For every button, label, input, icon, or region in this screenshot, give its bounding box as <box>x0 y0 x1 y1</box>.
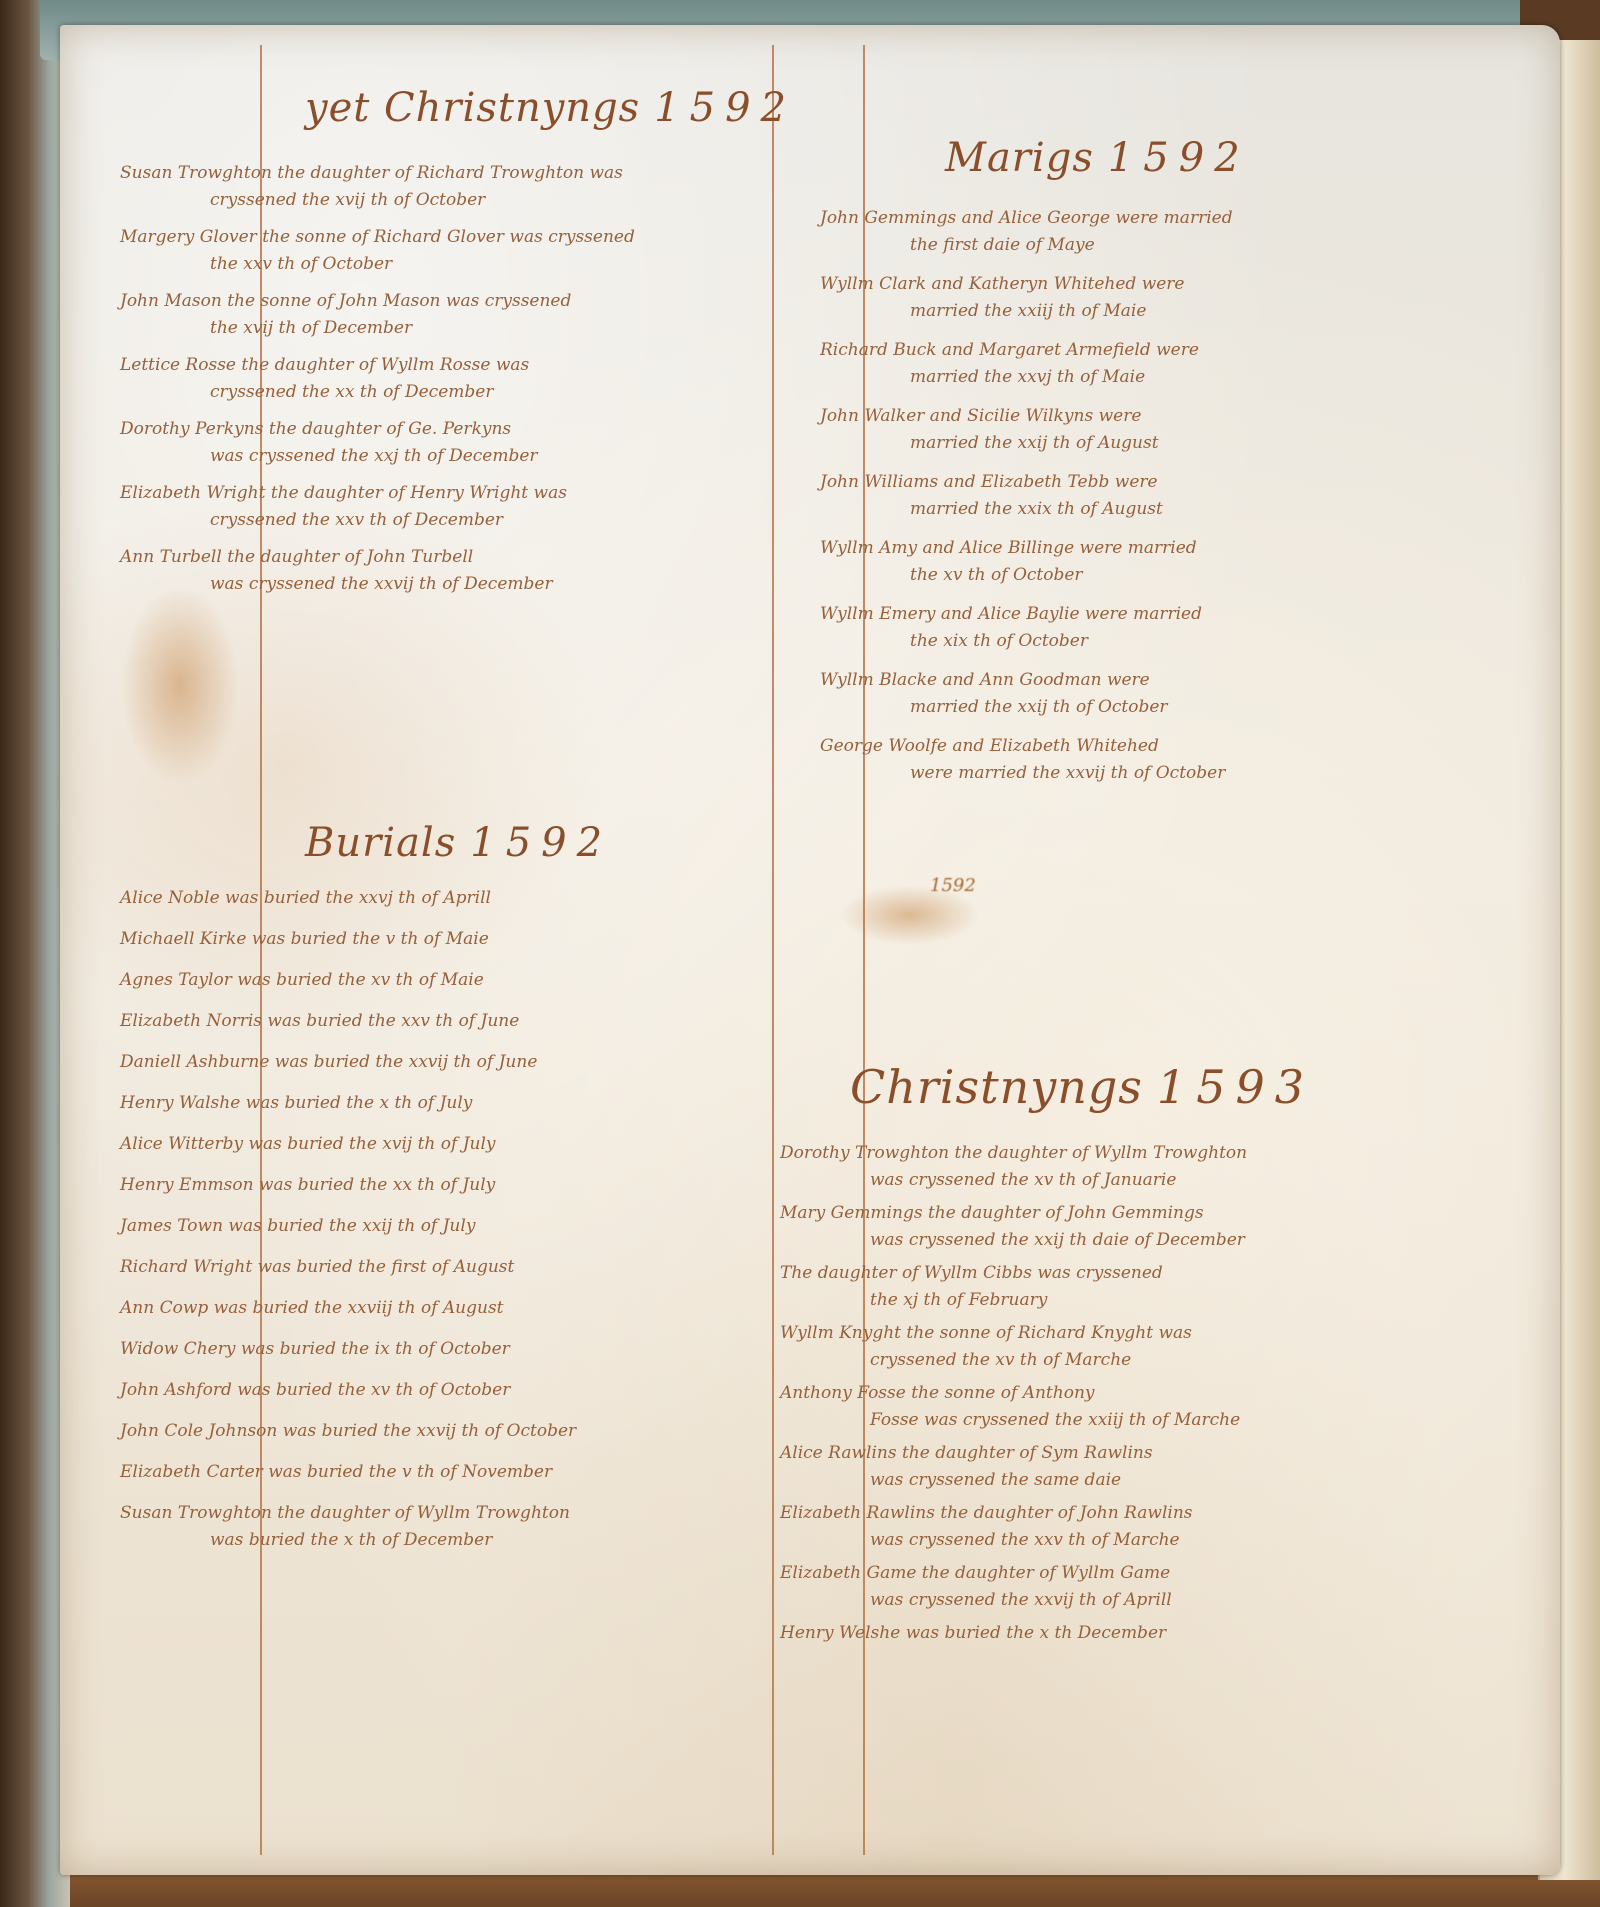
register-entry: Alice Noble was buried the xxvj th of Ap… <box>120 885 770 912</box>
entry-line-1: John Cole Johnson was buried the xxvij t… <box>120 1418 770 1445</box>
entry-line-1: Elizabeth Norris was buried the xxv th o… <box>120 1008 770 1035</box>
entry-line-1: Wyllm Clark and Katheryn Whitehed were <box>820 271 1520 298</box>
entry-line-1: Henry Walshe was buried the x th of July <box>120 1090 770 1117</box>
register-entry: Agnes Taylor was buried the xv th of Mai… <box>120 967 770 994</box>
register-entry: Dorothy Trowghton the daughter of Wyllm … <box>780 1140 1520 1194</box>
entry-line-1: Richard Buck and Margaret Armefield were <box>820 337 1520 364</box>
register-entry: Elizabeth Norris was buried the xxv th o… <box>120 1008 770 1035</box>
entry-line-1: Wyllm Blacke and Ann Goodman were <box>820 667 1520 694</box>
register-entry: George Woolfe and Elizabeth Whitehedwere… <box>820 733 1520 787</box>
entry-line-2: the xxv th of October <box>120 251 770 278</box>
entry-line-1: Elizabeth Carter was buried the v th of … <box>120 1459 770 1486</box>
entry-line-1: Daniell Ashburne was buried the xxvij th… <box>120 1049 770 1076</box>
register-entry: Michaell Kirke was buried the v th of Ma… <box>120 926 770 953</box>
register-entry: John Ashford was buried the xv th of Oct… <box>120 1377 770 1404</box>
register-entry: Wyllm Clark and Katheryn Whitehed werema… <box>820 271 1520 325</box>
column-rule-center-left <box>772 45 774 1855</box>
register-entry: Mary Gemmings the daughter of John Gemmi… <box>780 1200 1520 1254</box>
entry-line-2: was cryssened the xxvij th of December <box>120 571 770 598</box>
entry-line-2: the xv th of October <box>820 562 1520 589</box>
entry-line-2: Fosse was cryssened the xxiij th of Marc… <box>780 1407 1520 1434</box>
marriages-1592-list: John Gemmings and Alice George were marr… <box>820 205 1520 799</box>
entry-line-1: Dorothy Trowghton the daughter of Wyllm … <box>780 1140 1520 1167</box>
entry-line-2: was cryssened the xxv th of Marche <box>780 1527 1520 1554</box>
entry-line-1: John Williams and Elizabeth Tebb were <box>820 469 1520 496</box>
margin-note: 1592 <box>930 875 1040 915</box>
heading-text: Burials <box>305 820 456 866</box>
entry-line-1: Wyllm Emery and Alice Baylie were marrie… <box>820 601 1520 628</box>
register-entry: Susan Trowghton the daughter of Wyllm Tr… <box>120 1500 770 1554</box>
register-entry: John Walker and Sicilie Wilkyns weremarr… <box>820 403 1520 457</box>
heading-text: yet Christnyngs <box>305 85 640 131</box>
entry-line-2: the first daie of Maye <box>820 232 1520 259</box>
entry-line-2: was buried the x th of December <box>120 1527 770 1554</box>
register-entry: Elizabeth Game the daughter of Wyllm Gam… <box>780 1560 1520 1614</box>
register-entry: Ann Turbell the daughter of John Turbell… <box>120 544 770 598</box>
burials-1592-list: Alice Noble was buried the xxvj th of Ap… <box>120 885 770 1568</box>
heading-text: Christnyngs <box>850 1060 1143 1114</box>
entry-line-2: married the xxix th of August <box>820 496 1520 523</box>
entry-line-1: John Ashford was buried the xv th of Oct… <box>120 1377 770 1404</box>
entry-line-1: Mary Gemmings the daughter of John Gemmi… <box>780 1200 1520 1227</box>
heading-year: 1593 <box>1157 1060 1314 1114</box>
register-entry: Wyllm Knyght the sonne of Richard Knyght… <box>780 1320 1520 1374</box>
register-entry: James Town was buried the xxij th of Jul… <box>120 1213 770 1240</box>
entry-line-1: Wyllm Knyght the sonne of Richard Knyght… <box>780 1320 1520 1347</box>
register-entry: Daniell Ashburne was buried the xxvij th… <box>120 1049 770 1076</box>
register-entry: Richard Wright was buried the first of A… <box>120 1254 770 1281</box>
christenings-1593-list: Dorothy Trowghton the daughter of Wyllm … <box>780 1140 1520 1653</box>
entry-line-2: were married the xxvij th of October <box>820 760 1520 787</box>
heading-year: 1592 <box>1108 135 1250 181</box>
entry-line-1: Susan Trowghton the daughter of Wyllm Tr… <box>120 1500 770 1527</box>
register-entry: Lettice Rosse the daughter of Wyllm Ross… <box>120 352 770 406</box>
heading-marriages-1592: Marigs1592 <box>945 135 1250 181</box>
entry-line-1: The daughter of Wyllm Cibbs was cryssene… <box>780 1260 1520 1287</box>
entry-line-1: Alice Rawlins the daughter of Sym Rawlin… <box>780 1440 1520 1467</box>
entry-line-1: Anthony Fosse the sonne of Anthony <box>780 1380 1520 1407</box>
register-entry: The daughter of Wyllm Cibbs was cryssene… <box>780 1260 1520 1314</box>
entry-line-1: John Gemmings and Alice George were marr… <box>820 205 1520 232</box>
entry-line-1: Lettice Rosse the daughter of Wyllm Ross… <box>120 352 770 379</box>
entry-line-1: Richard Wright was buried the first of A… <box>120 1254 770 1281</box>
register-entry: Margery Glover the sonne of Richard Glov… <box>120 224 770 278</box>
entry-line-1: Henry Welshe was buried the x th Decembe… <box>780 1620 1520 1647</box>
entry-line-2: the xix th of October <box>820 628 1520 655</box>
register-entry: Ann Cowp was buried the xxviij th of Aug… <box>120 1295 770 1322</box>
heading-year: 1592 <box>470 820 612 866</box>
entry-line-1: Elizabeth Game the daughter of Wyllm Gam… <box>780 1560 1520 1587</box>
register-entry: Alice Witterby was buried the xvij th of… <box>120 1131 770 1158</box>
entry-line-2: married the xxiij th of Maie <box>820 298 1520 325</box>
entry-line-1: Henry Emmson was buried the xx th of Jul… <box>120 1172 770 1199</box>
entry-line-1: Margery Glover the sonne of Richard Glov… <box>120 224 770 251</box>
heading-burials-1592: Burials1592 <box>305 820 612 866</box>
entry-line-2: cryssened the xxv th of December <box>120 507 770 534</box>
entry-line-1: Alice Noble was buried the xxvj th of Ap… <box>120 885 770 912</box>
water-stain <box>120 585 240 785</box>
entry-line-1: Elizabeth Wright the daughter of Henry W… <box>120 480 770 507</box>
register-entry: Elizabeth Wright the daughter of Henry W… <box>120 480 770 534</box>
register-entry: Wyllm Amy and Alice Billinge were marrie… <box>820 535 1520 589</box>
entry-line-1: Dorothy Perkyns the daughter of Ge. Perk… <box>120 416 770 443</box>
entry-line-1: Widow Chery was buried the ix th of Octo… <box>120 1336 770 1363</box>
entry-line-1: Agnes Taylor was buried the xv th of Mai… <box>120 967 770 994</box>
register-entry: Anthony Fosse the sonne of AnthonyFosse … <box>780 1380 1520 1434</box>
entry-line-1: George Woolfe and Elizabeth Whitehed <box>820 733 1520 760</box>
register-entry: Elizabeth Carter was buried the v th of … <box>120 1459 770 1486</box>
heading-year: 1592 <box>654 85 796 131</box>
entry-line-1: Michaell Kirke was buried the v th of Ma… <box>120 926 770 953</box>
entry-line-2: the xvij th of December <box>120 315 770 342</box>
register-entry: Alice Rawlins the daughter of Sym Rawlin… <box>780 1440 1520 1494</box>
entry-line-2: married the xxvj th of Maie <box>820 364 1520 391</box>
entry-line-1: James Town was buried the xxij th of Jul… <box>120 1213 770 1240</box>
entry-line-2: was cryssened the same daie <box>780 1467 1520 1494</box>
register-entry: Elizabeth Rawlins the daughter of John R… <box>780 1500 1520 1554</box>
register-entry: Henry Emmson was buried the xx th of Jul… <box>120 1172 770 1199</box>
entry-line-2: was cryssened the xv th of Januarie <box>780 1167 1520 1194</box>
heading-christenings-1592: yet Christnyngs1592 <box>305 85 796 131</box>
heading-christenings-1593: Christnyngs1593 <box>850 1060 1314 1114</box>
register-entry: John Williams and Elizabeth Tebb weremar… <box>820 469 1520 523</box>
register-entry: Widow Chery was buried the ix th of Octo… <box>120 1336 770 1363</box>
entry-line-2: cryssened the xvij th of October <box>120 187 770 214</box>
register-entry: John Mason the sonne of John Mason was c… <box>120 288 770 342</box>
entry-line-1: Wyllm Amy and Alice Billinge were marrie… <box>820 535 1520 562</box>
register-entry: John Gemmings and Alice George were marr… <box>820 205 1520 259</box>
register-entry: Wyllm Blacke and Ann Goodman weremarried… <box>820 667 1520 721</box>
entry-line-1: John Mason the sonne of John Mason was c… <box>120 288 770 315</box>
register-entry: Henry Walshe was buried the x th of July <box>120 1090 770 1117</box>
entry-line-1: Alice Witterby was buried the xvij th of… <box>120 1131 770 1158</box>
heading-text: Marigs <box>945 135 1094 181</box>
register-entry: Susan Trowghton the daughter of Richard … <box>120 160 770 214</box>
register-entry: Wyllm Emery and Alice Baylie were marrie… <box>820 601 1520 655</box>
entry-line-2: cryssened the xx th of December <box>120 379 770 406</box>
entry-line-1: Susan Trowghton the daughter of Richard … <box>120 160 770 187</box>
entry-line-2: the xj th of February <box>780 1287 1520 1314</box>
entry-line-1: Elizabeth Rawlins the daughter of John R… <box>780 1500 1520 1527</box>
register-entry: Dorothy Perkyns the daughter of Ge. Perk… <box>120 416 770 470</box>
entry-line-2: was cryssened the xxj th of December <box>120 443 770 470</box>
entry-line-1: Ann Cowp was buried the xxviij th of Aug… <box>120 1295 770 1322</box>
christenings-1592-list: Susan Trowghton the daughter of Richard … <box>120 160 770 608</box>
register-page: yet Christnyngs1592 Susan Trowghton the … <box>60 25 1560 1875</box>
entry-line-1: Ann Turbell the daughter of John Turbell <box>120 544 770 571</box>
entry-line-1: John Walker and Sicilie Wilkyns were <box>820 403 1520 430</box>
entry-line-2: was cryssened the xxij th daie of Decemb… <box>780 1227 1520 1254</box>
entry-line-2: married the xxij th of October <box>820 694 1520 721</box>
entry-line-2: cryssened the xv th of Marche <box>780 1347 1520 1374</box>
register-entry: John Cole Johnson was buried the xxvij t… <box>120 1418 770 1445</box>
register-entry: Henry Welshe was buried the x th Decembe… <box>780 1620 1520 1647</box>
entry-line-2: was cryssened the xxvij th of Aprill <box>780 1587 1520 1614</box>
register-entry: Richard Buck and Margaret Armefield were… <box>820 337 1520 391</box>
entry-line-2: married the xxij th of August <box>820 430 1520 457</box>
